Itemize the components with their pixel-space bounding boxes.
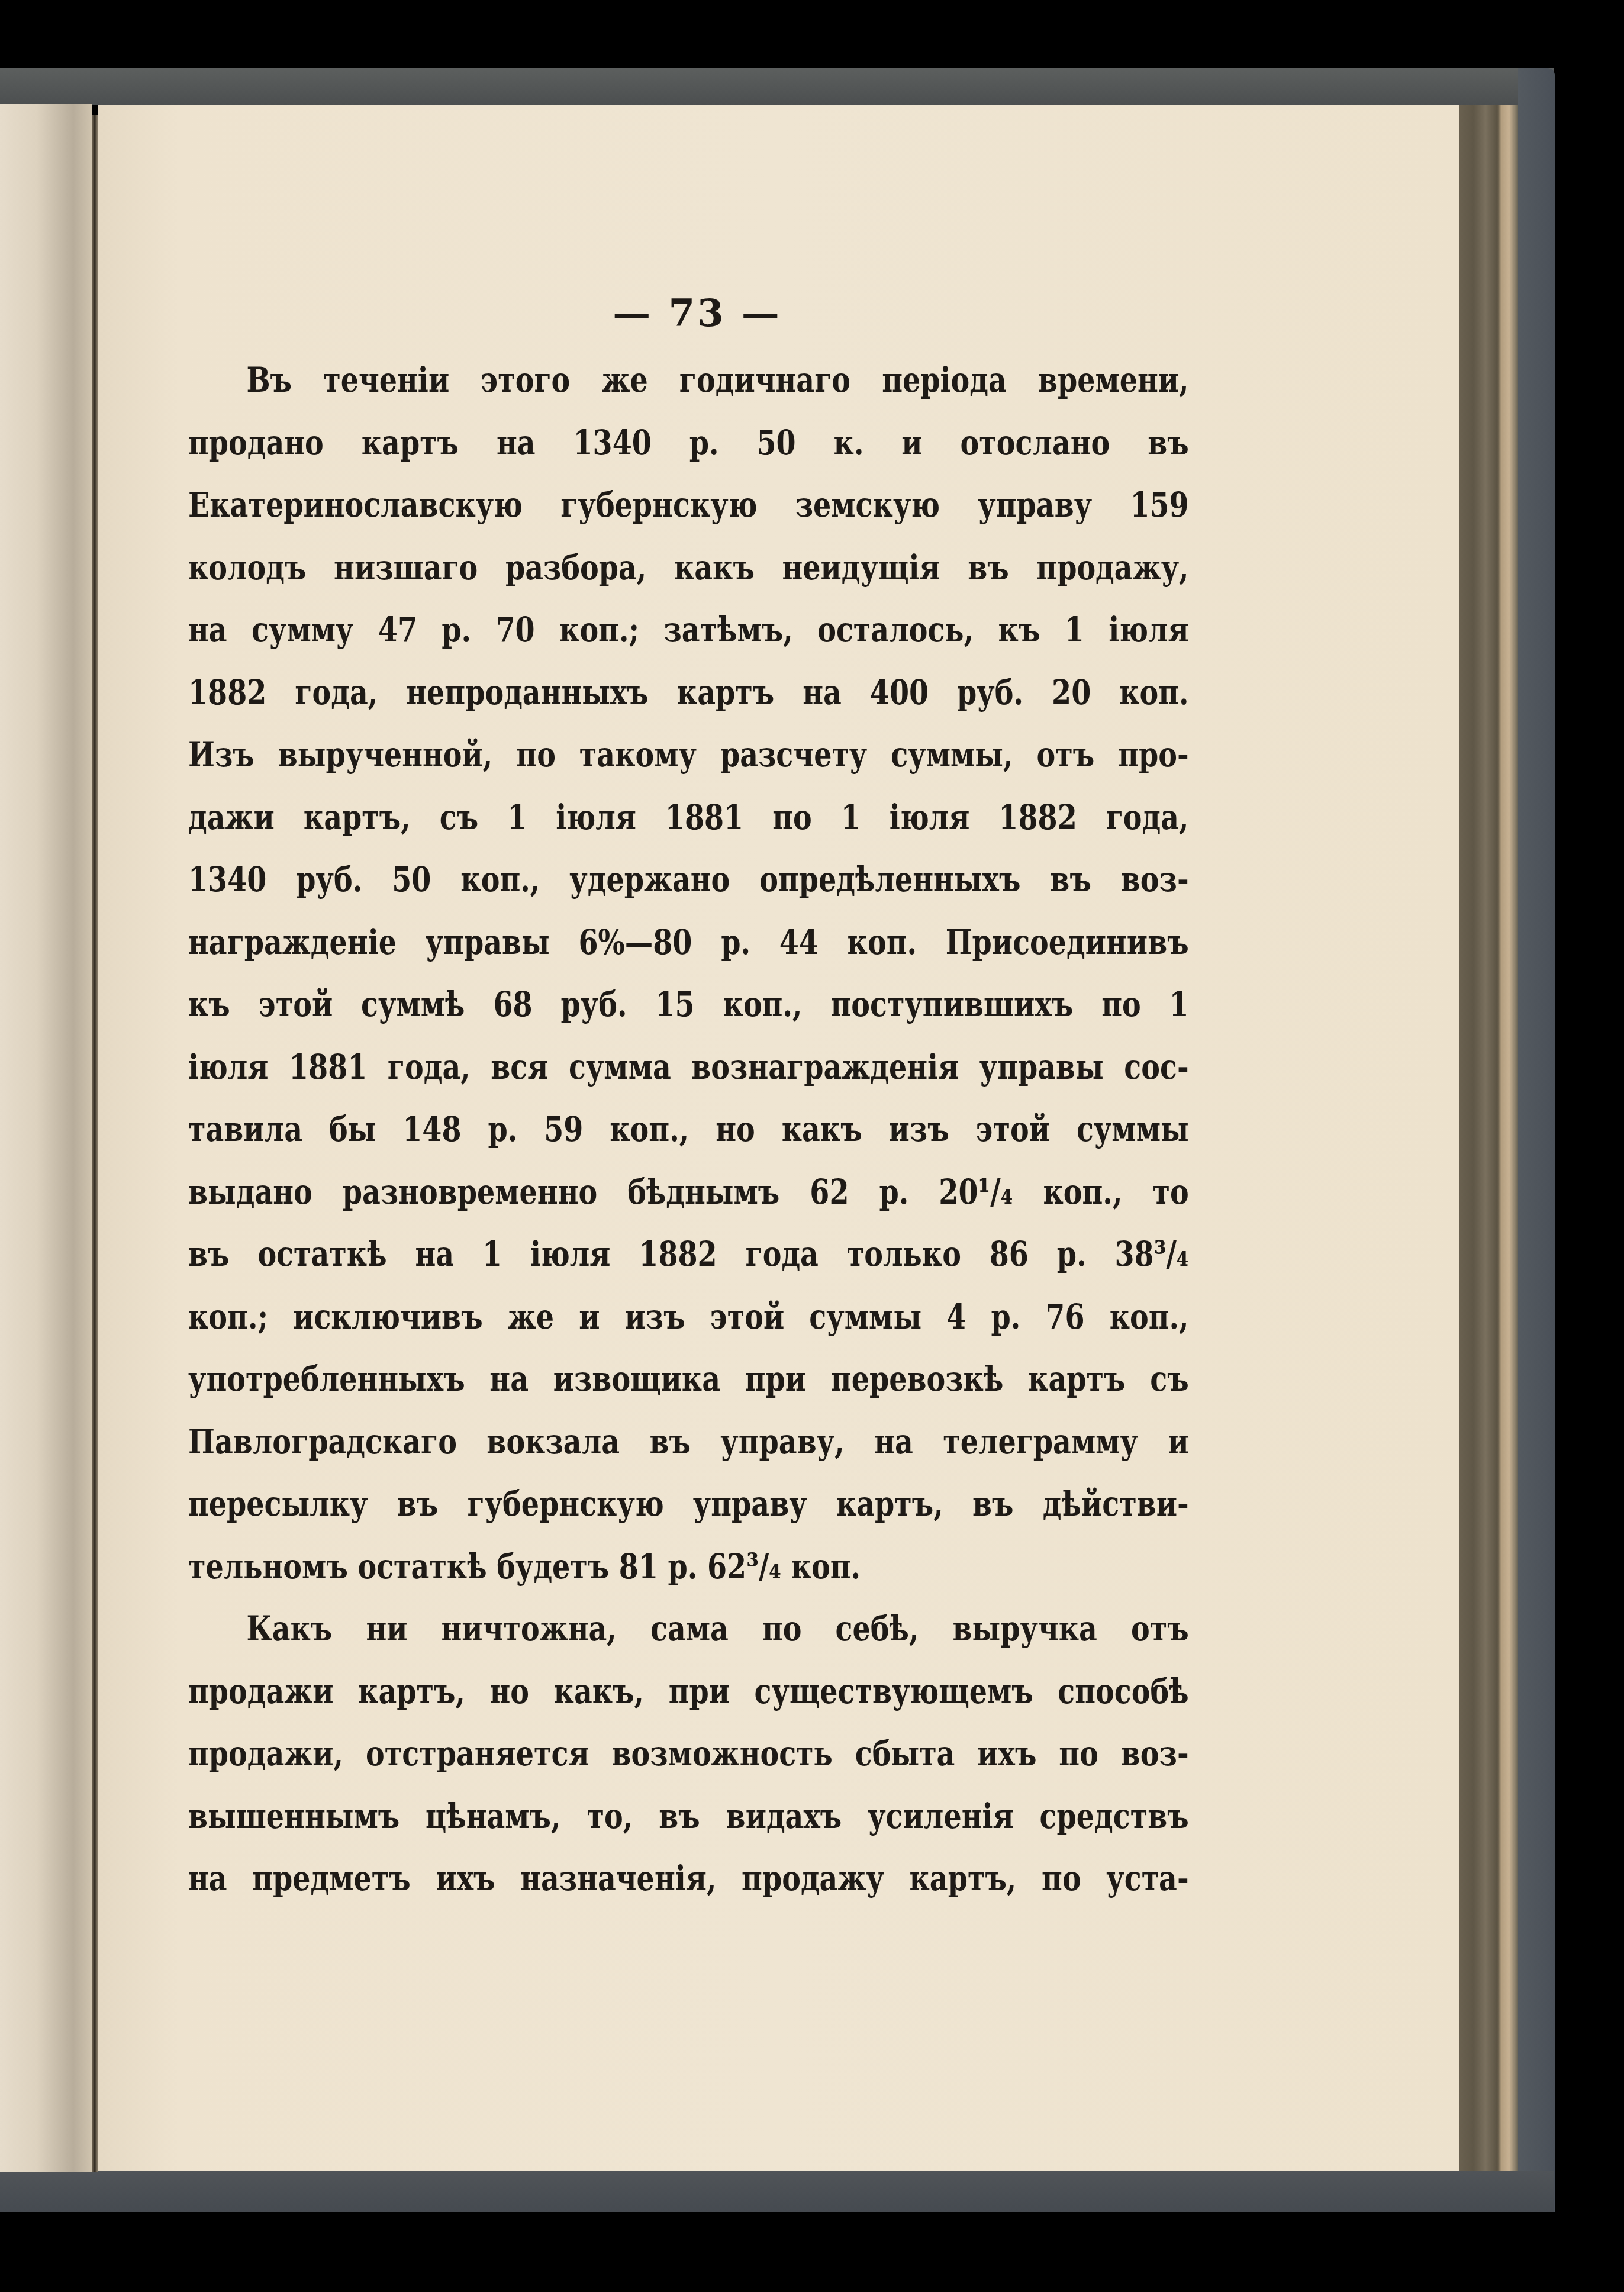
text-line: Екатеринославскую губернскую земскую упр… bbox=[188, 474, 1189, 537]
text-line: выдано разновременно бѣднымъ 62 р. 20¹/₄… bbox=[188, 1161, 1189, 1224]
left-page-strip bbox=[0, 104, 92, 2172]
text-line: 1340 руб. 50 коп., удержано опредѣленных… bbox=[188, 849, 1189, 911]
text-line: на сумму 47 р. 70 коп.; затѣмъ, осталось… bbox=[188, 599, 1189, 662]
text-line: дажи картъ, съ 1 іюля 1881 по 1 іюля 188… bbox=[188, 786, 1189, 849]
text-line: іюля 1881 года, вся сумма вознагражденія… bbox=[188, 1036, 1189, 1099]
text-line: тавила бы 148 р. 59 коп., но какъ изъ эт… bbox=[188, 1098, 1189, 1161]
text-line: на предметъ ихъ назначенія, продажу карт… bbox=[188, 1848, 1189, 1910]
page-text-block: — 73 — Въ теченіи этого же годичнаго пер… bbox=[188, 278, 1188, 1910]
text-line: тельномъ остаткѣ будетъ 81 р. 62³/₄ коп. bbox=[188, 1536, 1189, 1598]
text-line: въ остаткѣ на 1 іюля 1882 года только 86… bbox=[188, 1223, 1189, 1286]
book-gutter bbox=[92, 115, 98, 2172]
text-line: Павлоградскаго вокзала въ управу, на тел… bbox=[188, 1411, 1189, 1474]
text-line: продано картъ на 1340 р. 50 к. и отослан… bbox=[188, 412, 1189, 475]
text-line: Какъ ни ничтожна, сама по себѣ, выручка … bbox=[188, 1598, 1189, 1661]
text-line: Въ теченіи этого же годичнаго періода вр… bbox=[188, 349, 1189, 412]
book-cover-top-edge bbox=[0, 68, 1554, 105]
page-edges bbox=[1459, 105, 1518, 2171]
paragraph-1: Въ теченіи этого же годичнаго періода вр… bbox=[188, 349, 1188, 1598]
paragraph-2: Какъ ни ничтожна, сама по себѣ, выручка … bbox=[188, 1598, 1188, 1910]
text-line: употребленныхъ на извощика при перевозкѣ… bbox=[188, 1348, 1189, 1411]
text-line: Изъ вырученной, по такому разсчету суммы… bbox=[188, 724, 1189, 786]
book-cover-right-edge bbox=[1518, 68, 1555, 2212]
text-line: пересылку въ губернскую управу картъ, въ… bbox=[188, 1473, 1189, 1536]
book-cover-bottom-edge bbox=[0, 2171, 1554, 2212]
text-line: продажи картъ, но какъ, при существующем… bbox=[188, 1661, 1189, 1723]
text-line: награжденіе управы 6%—80 р. 44 коп. Прис… bbox=[188, 911, 1189, 974]
text-line: колодъ низшаго разбора, какъ неидущія въ… bbox=[188, 537, 1189, 599]
page-number: — 73 — bbox=[206, 278, 1188, 349]
text-line: 1882 года, непроданныхъ картъ на 400 руб… bbox=[188, 662, 1189, 724]
text-line: къ этой суммѣ 68 руб. 15 коп., поступивш… bbox=[188, 973, 1189, 1036]
text-line: вышеннымъ цѣнамъ, то, въ видахъ усиленія… bbox=[188, 1785, 1189, 1848]
text-line: коп.; исключивъ же и изъ этой суммы 4 р.… bbox=[188, 1286, 1189, 1349]
text-line: продажи, отстраняется возможность сбыта … bbox=[188, 1723, 1189, 1785]
